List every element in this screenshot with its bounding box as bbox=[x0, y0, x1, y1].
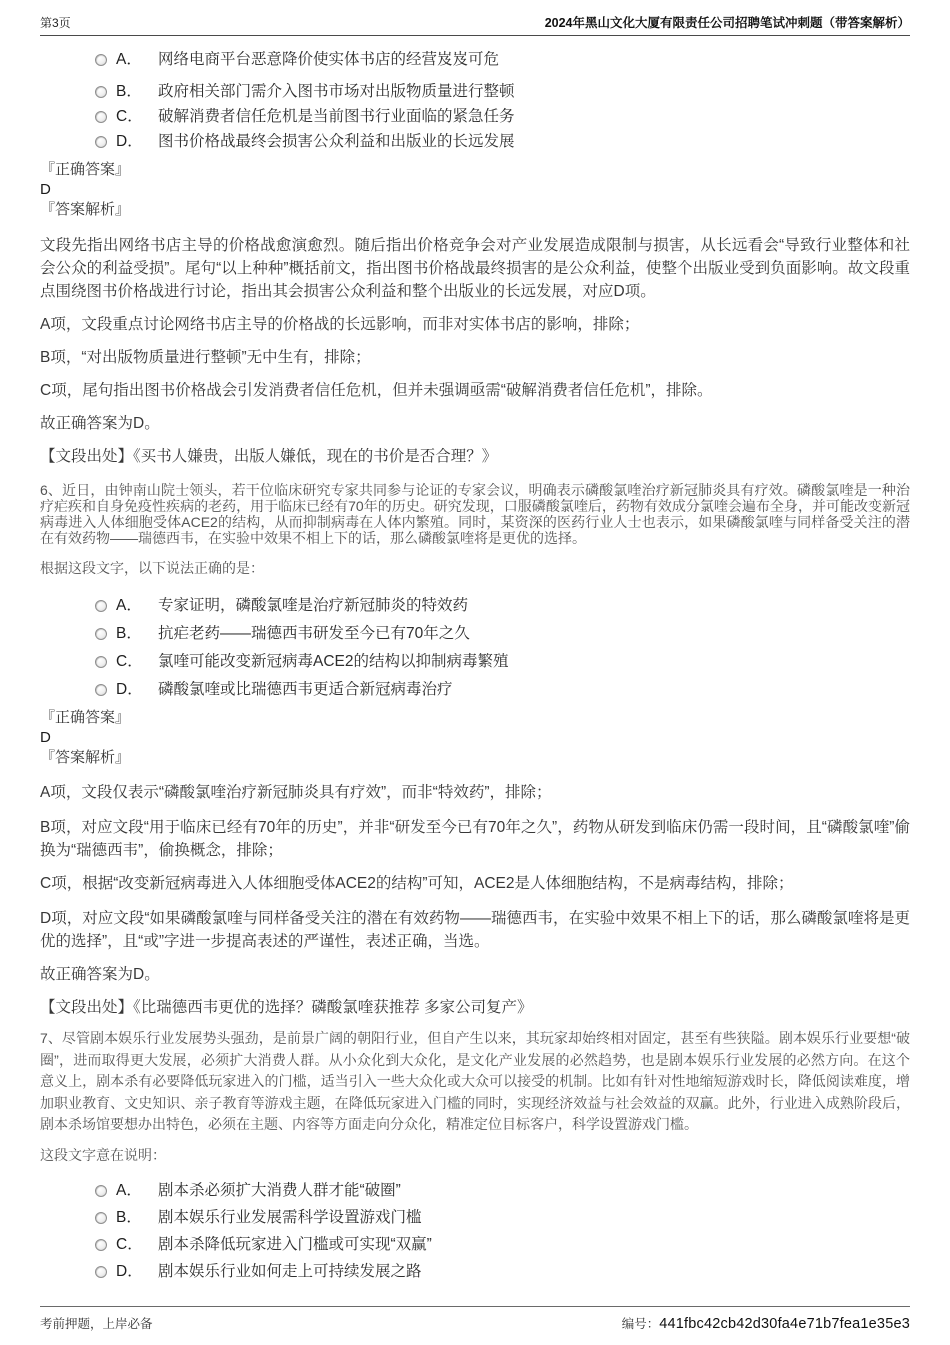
option-row-a[interactable]: A． 网络电商平台恶意降价使实体书店的经营岌岌可危 bbox=[40, 48, 910, 72]
option-row-d[interactable]: D． 剧本娱乐行业如何走上可持续发展之路 bbox=[40, 1260, 910, 1284]
option-row-a[interactable]: A． 剧本杀必须扩大消费人群才能“破圈” bbox=[40, 1179, 910, 1203]
radio-icon[interactable] bbox=[95, 1185, 107, 1197]
question7-options: A． 剧本杀必须扩大消费人群才能“破圈” B． 剧本娱乐行业发展需科学设置游戏门… bbox=[40, 1179, 910, 1284]
option-text: 抗疟老药——瑞德西韦研发至今已有70年之久 bbox=[158, 622, 470, 646]
option-row-c[interactable]: C． 破解消费者信任危机是当前图书行业面临的紧急任务 bbox=[40, 105, 910, 129]
correct-answer-label: 『正确答案』 bbox=[40, 708, 910, 728]
option-letter: B． bbox=[116, 622, 158, 646]
option-text: 图书价格战最终会损害公众利益和出版业的长远发展 bbox=[158, 130, 515, 154]
analysis-paragraph: A项，文段重点讨论网络书店主导的价格战的长远影响，而非对实体书店的影响，排除； bbox=[40, 314, 910, 336]
option-row-d[interactable]: D． 磷酸氯喹或比瑞德西韦更适合新冠病毒治疗 bbox=[40, 678, 910, 702]
footer-code-label: 编号： bbox=[622, 1317, 660, 1331]
option-row-c[interactable]: C． 氯喹可能改变新冠病毒ACE2的结构以抑制病毒繁殖 bbox=[40, 650, 910, 674]
analysis-paragraph: A项，文段仅表示“磷酸氯喹治疗新冠肺炎具有疗效”，而非“特效药”，排除； bbox=[40, 782, 910, 804]
correct-answer-value: D bbox=[40, 728, 910, 748]
radio-icon[interactable] bbox=[95, 136, 107, 148]
page-number: 第3页 bbox=[40, 14, 71, 31]
option-letter: B． bbox=[116, 80, 158, 104]
analysis-paragraph: B项，“对出版物质量进行整顿”无中生有，排除； bbox=[40, 347, 910, 369]
radio-icon[interactable] bbox=[95, 54, 107, 66]
option-letter: B． bbox=[116, 1206, 158, 1230]
analysis-paragraph: C项，尾句指出图书价格战会引发消费者信任危机，但并未强调亟需“破解消费者信任危机… bbox=[40, 380, 910, 402]
radio-icon[interactable] bbox=[95, 1212, 107, 1224]
analysis-conclusion: 故正确答案为D。 bbox=[40, 413, 910, 435]
option-text: 网络电商平台恶意降价使实体书店的经营岌岌可危 bbox=[158, 48, 499, 72]
analysis-label: 『答案解析』 bbox=[40, 748, 910, 768]
page-header: 第3页 2024年黑山文化大厦有限责任公司招聘笔试冲刺题（带答案解析） bbox=[40, 0, 910, 36]
option-letter: A． bbox=[116, 48, 158, 72]
analysis-paragraph: B项，对应文段“用于临床已经有70年的历史”，并非“研发至今已有70年之久”，药… bbox=[40, 816, 910, 862]
analysis-label: 『答案解析』 bbox=[40, 200, 910, 220]
radio-icon[interactable] bbox=[95, 111, 107, 123]
radio-icon[interactable] bbox=[95, 1266, 107, 1278]
document-page: 第3页 2024年黑山文化大厦有限责任公司招聘笔试冲刺题（带答案解析） A． 网… bbox=[0, 0, 950, 1345]
document-title: 2024年黑山文化大厦有限责任公司招聘笔试冲刺题（带答案解析） bbox=[545, 13, 910, 31]
option-text: 政府相关部门需介入图书市场对出版物质量进行整顿 bbox=[158, 80, 515, 104]
option-text: 氯喹可能改变新冠病毒ACE2的结构以抑制病毒繁殖 bbox=[158, 650, 509, 674]
question7-prompt: 这段文字意在说明： bbox=[40, 1147, 910, 1163]
analysis-conclusion: 故正确答案为D。 bbox=[40, 964, 910, 986]
option-text: 剧本娱乐行业发展需科学设置游戏门槛 bbox=[158, 1206, 422, 1230]
question6-prompt: 根据这段文字，以下说法正确的是： bbox=[40, 560, 910, 576]
option-row-b[interactable]: B． 抗疟老药——瑞德西韦研发至今已有70年之久 bbox=[40, 622, 910, 646]
option-letter: C． bbox=[116, 1233, 158, 1257]
question6-stem: 6、近日，由钟南山院士领头，若干位临床研究专家共同参与论证的专家会议，明确表示磷… bbox=[40, 482, 910, 546]
option-letter: D． bbox=[116, 130, 158, 154]
correct-answer-value: D bbox=[40, 180, 910, 200]
option-letter: A． bbox=[116, 1179, 158, 1203]
source-line: 【文段出处】《买书人嫌贵，出版人嫌低，现在的书价是否合理？》 bbox=[40, 446, 910, 468]
option-letter: D． bbox=[116, 678, 158, 702]
option-text: 磷酸氯喹或比瑞德西韦更适合新冠病毒治疗 bbox=[158, 678, 453, 702]
radio-icon[interactable] bbox=[95, 600, 107, 612]
page-footer: 考前押题，上岸必备 编号：441fbc42cb42d30fa4e71b7fea1… bbox=[40, 1306, 910, 1332]
option-letter: C． bbox=[116, 650, 158, 674]
analysis-paragraph: D项，对应文段“如果磷酸氯喹与同样备受关注的潜在有效药物——瑞德西韦，在实验中效… bbox=[40, 907, 910, 953]
option-text: 破解消费者信任危机是当前图书行业面临的紧急任务 bbox=[158, 105, 515, 129]
footer-code: 编号：441fbc42cb42d30fa4e71b7fea1e35e3 bbox=[622, 1314, 910, 1332]
question6-options: A． 专家证明，磷酸氯喹是治疗新冠肺炎的特效药 B． 抗疟老药——瑞德西韦研发至… bbox=[40, 594, 910, 702]
radio-icon[interactable] bbox=[95, 86, 107, 98]
correct-answer-label: 『正确答案』 bbox=[40, 160, 910, 180]
option-letter: C． bbox=[116, 105, 158, 129]
option-row-d[interactable]: D． 图书价格战最终会损害公众利益和出版业的长远发展 bbox=[40, 130, 910, 154]
option-text: 剧本杀必须扩大消费人群才能“破圈” bbox=[158, 1179, 401, 1203]
footer-code-value: 441fbc42cb42d30fa4e71b7fea1e35e3 bbox=[659, 1316, 910, 1332]
question5-options: A． 网络电商平台恶意降价使实体书店的经营岌岌可危 B． 政府相关部门需介入图书… bbox=[40, 48, 910, 154]
analysis-paragraph: C项，根据“改变新冠病毒进入人体细胞受体ACE2的结构”可知，ACE2是人体细胞… bbox=[40, 873, 910, 895]
source-line: 【文段出处】《比瑞德西韦更优的选择？磷酸氯喹获推荐 多家公司复产》 bbox=[40, 997, 910, 1019]
option-letter: D． bbox=[116, 1260, 158, 1284]
radio-icon[interactable] bbox=[95, 684, 107, 696]
radio-icon[interactable] bbox=[95, 628, 107, 640]
option-row-c[interactable]: C． 剧本杀降低玩家进入门槛或可实现“双赢” bbox=[40, 1233, 910, 1257]
radio-icon[interactable] bbox=[95, 656, 107, 668]
option-row-b[interactable]: B． 政府相关部门需介入图书市场对出版物质量进行整顿 bbox=[40, 80, 910, 104]
question7-stem: 7、尽管剧本娱乐行业发展势头强劲，是前景广阔的朝阳行业，但自产生以来，其玩家却始… bbox=[40, 1028, 910, 1136]
footer-slogan: 考前押题，上岸必备 bbox=[40, 1314, 153, 1332]
option-text: 专家证明，磷酸氯喹是治疗新冠肺炎的特效药 bbox=[158, 594, 468, 618]
option-row-b[interactable]: B． 剧本娱乐行业发展需科学设置游戏门槛 bbox=[40, 1206, 910, 1230]
radio-icon[interactable] bbox=[95, 1239, 107, 1251]
option-text: 剧本娱乐行业如何走上可持续发展之路 bbox=[158, 1260, 422, 1284]
option-letter: A． bbox=[116, 594, 158, 618]
analysis-paragraph: 文段先指出网络书店主导的价格战愈演愈烈。随后指出价格竞争会对产业发展造成限制与损… bbox=[40, 234, 910, 303]
option-row-a[interactable]: A． 专家证明，磷酸氯喹是治疗新冠肺炎的特效药 bbox=[40, 594, 910, 618]
option-text: 剧本杀降低玩家进入门槛或可实现“双赢” bbox=[158, 1233, 432, 1257]
